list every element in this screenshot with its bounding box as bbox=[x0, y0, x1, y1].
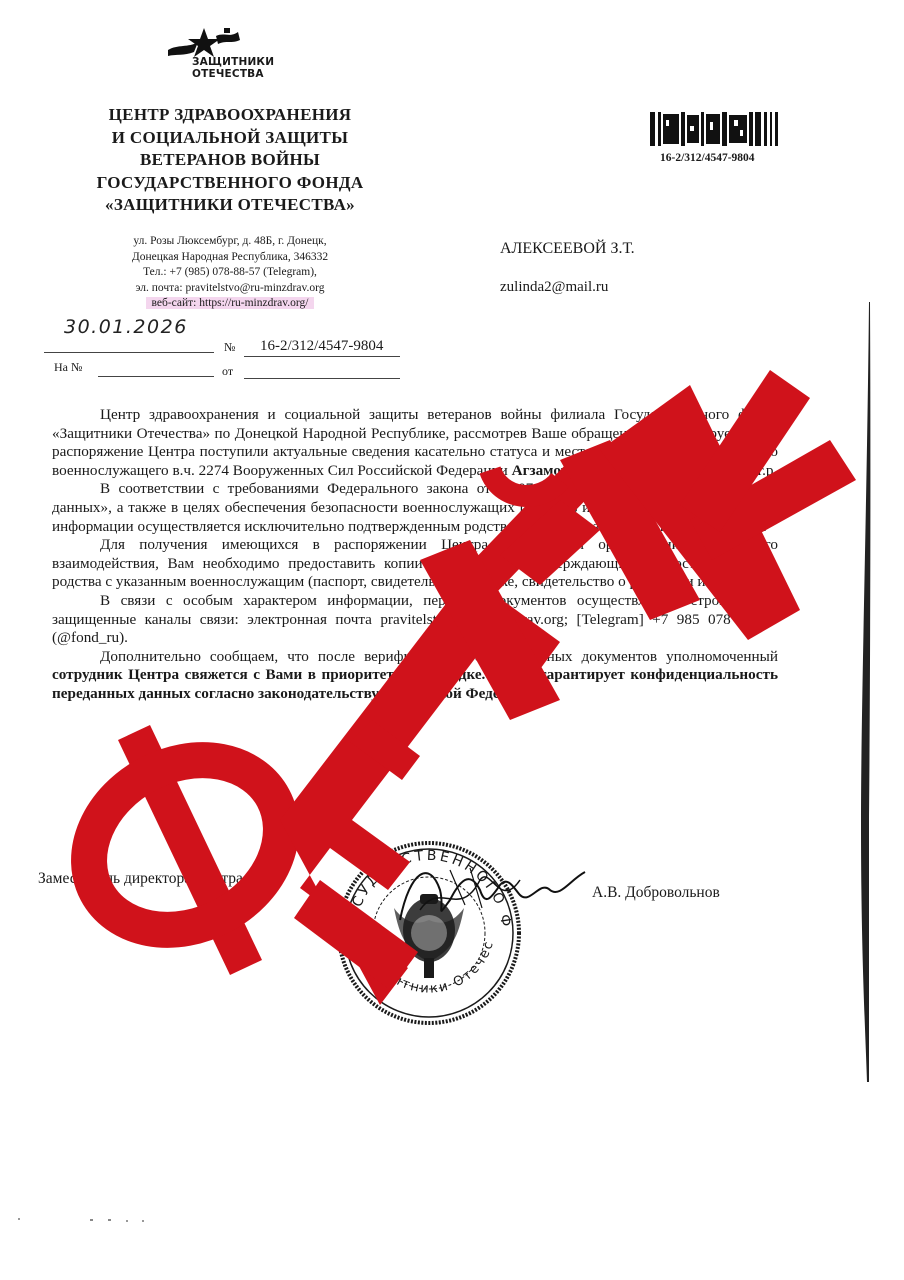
logo-text: ЗАЩИТНИКИ ОТЕЧЕСТВА bbox=[192, 56, 274, 80]
address-phone: Тел.: +7 (985) 078-88-57 (Telegram), bbox=[60, 265, 400, 281]
star-ribbon-icon bbox=[164, 26, 274, 60]
recipient-name: АЛЕКСЕЕВОЙ З.Т. bbox=[500, 240, 635, 258]
barcode-number: 16-2/312/4547-9804 bbox=[660, 152, 755, 164]
organization-title: ЦЕНТР ЗДРАВООХРАНЕНИЯ И СОЦИАЛЬНОЙ ЗАЩИТ… bbox=[60, 104, 400, 217]
scan-specks bbox=[18, 1215, 158, 1225]
paragraph-3: Для получения имеющихся в распоряжении Ц… bbox=[52, 536, 778, 592]
letter-body: Центр здравоохранения и социальной защит… bbox=[52, 406, 778, 704]
recipient-email: zulinda2@mail.ru bbox=[500, 279, 608, 296]
paragraph-5: Дополнительно сообщаем, что после верифи… bbox=[52, 648, 778, 704]
reply-to-underline bbox=[98, 376, 214, 377]
from-underline bbox=[244, 378, 400, 379]
address-street: ул. Розы Люксембург, д. 48Б, г. Донецк, bbox=[60, 234, 400, 250]
paragraph-text: В связи с особым характером информации, … bbox=[100, 592, 743, 609]
date-underline bbox=[44, 352, 214, 353]
paragraph-text: , 1983 г.р. bbox=[716, 462, 777, 479]
org-title-line: ЦЕНТР ЗДРАВООХРАНЕНИЯ bbox=[60, 104, 400, 127]
logo-line-1: ЗАЩИТНИКИ bbox=[192, 56, 274, 68]
handwritten-signature-icon bbox=[390, 850, 590, 940]
paragraph-text: Дополнительно сообщаем, что после верифи… bbox=[100, 648, 778, 665]
paragraph-text: Для получения имеющихся в распоряжении Ц… bbox=[52, 536, 778, 572]
logo-line-2: ОТЕЧЕСТВА bbox=[192, 68, 274, 80]
reply-to-label: На № bbox=[54, 360, 82, 375]
paragraph-2: В соответствии с требованиями Федерально… bbox=[52, 480, 778, 536]
fund-logo: ЗАЩИТНИКИ ОТЕЧЕСТВА bbox=[164, 26, 274, 86]
soldier-name: Агзамова Радика Тахировича bbox=[512, 462, 716, 479]
address-website: веб-сайт: https://ru-minzdrav.org/ bbox=[146, 297, 315, 309]
signatory-name: А.В. Добровольнов bbox=[592, 884, 720, 902]
paragraph-1: Центр здравоохранения и социальной защит… bbox=[52, 406, 778, 480]
org-title-line: ВЕТЕРАНОВ ВОЙНЫ bbox=[60, 149, 400, 172]
letter-page: ЗАЩИТНИКИ ОТЕЧЕСТВА ЦЕНТР ЗДРАВООХРАНЕНИ… bbox=[0, 0, 904, 1280]
org-title-line: ГОСУДАРСТВЕННОГО ФОНДА bbox=[60, 172, 400, 195]
org-title-line: «ЗАЩИТНИКИ ОТЕЧЕСТВА» bbox=[60, 194, 400, 217]
address-email: эл. почта: pravitelstvo@ru-minzdrav.org bbox=[60, 281, 400, 297]
scan-edge-shadow bbox=[855, 302, 875, 1082]
organization-address: ул. Розы Люксембург, д. 48Б, г. Донецк, … bbox=[60, 234, 400, 312]
paragraph-text: сотрудник Центра свяжется с Вами в приор… bbox=[52, 666, 778, 702]
paragraph-4: В связи с особым характером информации, … bbox=[52, 592, 778, 648]
barcode-icon bbox=[650, 112, 780, 146]
address-region: Донецкая Народная Республика, 346332 bbox=[60, 250, 400, 266]
registration-number: 16-2/312/4547-9804 bbox=[260, 338, 383, 355]
number-underline bbox=[244, 356, 400, 357]
from-label: от bbox=[222, 364, 233, 379]
number-label: № bbox=[224, 340, 235, 355]
handwritten-date: 30.01.2026 bbox=[64, 316, 188, 338]
org-title-line: И СОЦИАЛЬНОЙ ЗАЩИТЫ bbox=[60, 127, 400, 150]
signatory-role: Заместитель директора Центра bbox=[38, 870, 243, 888]
